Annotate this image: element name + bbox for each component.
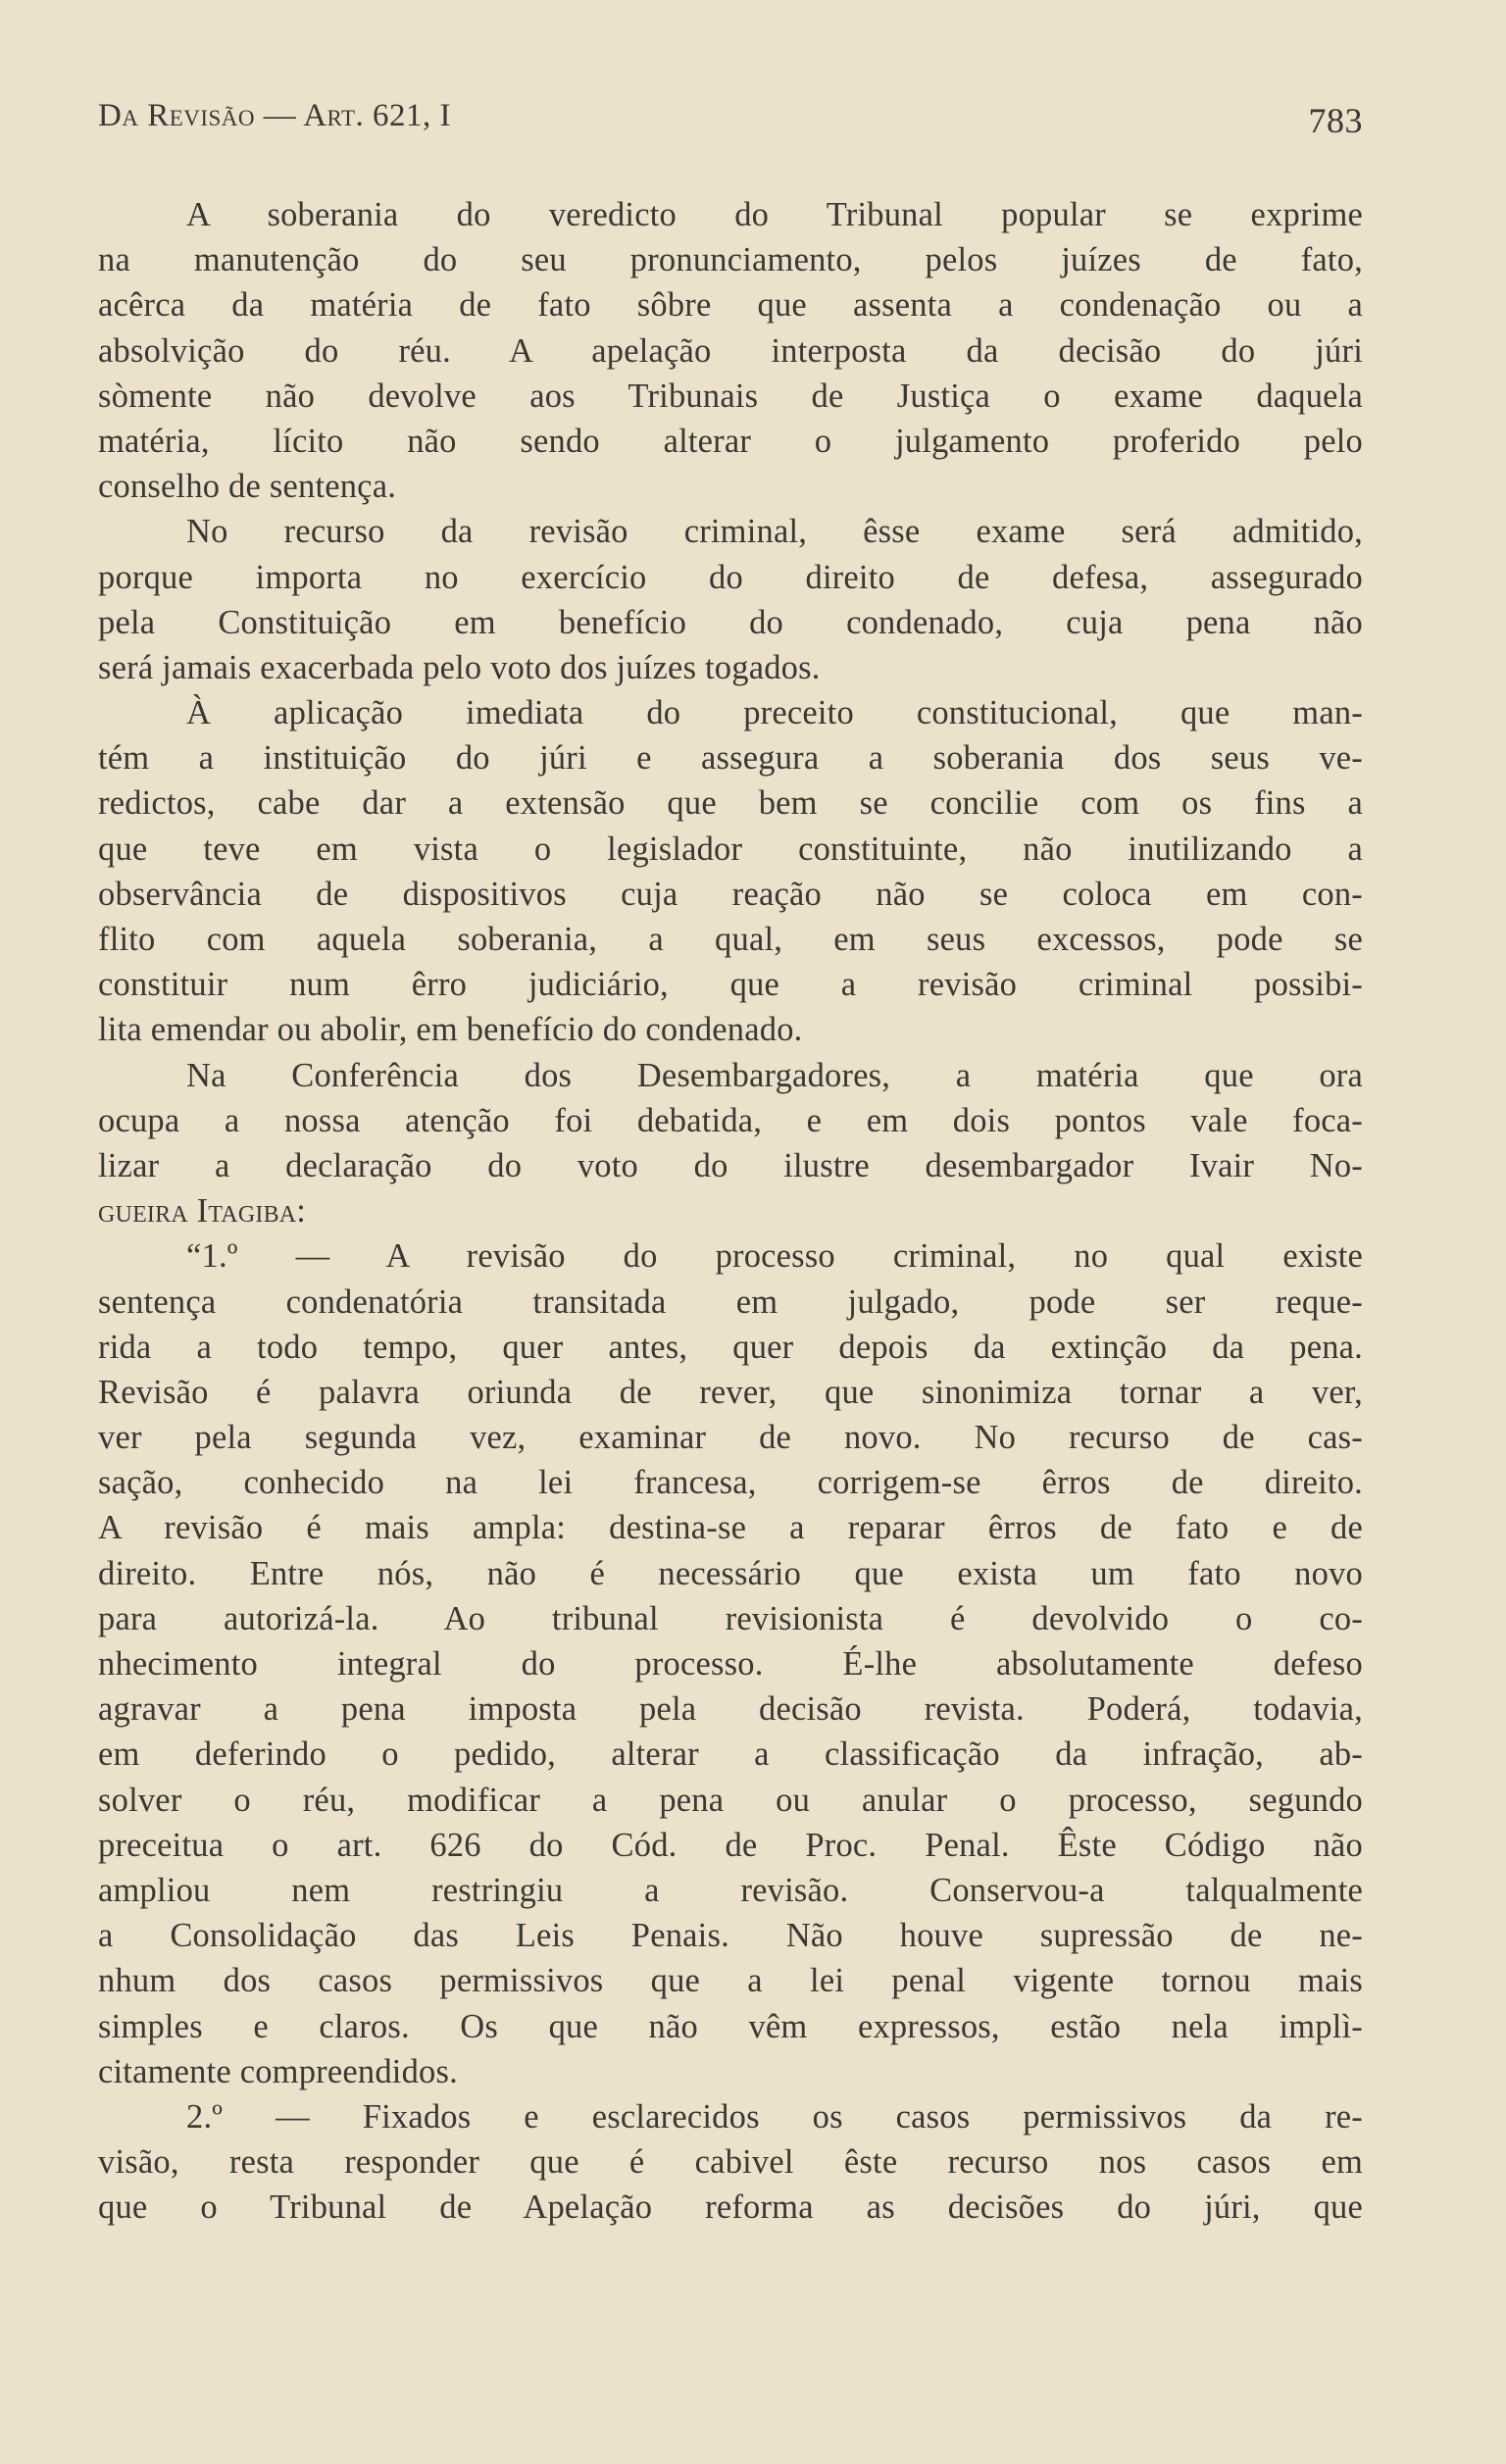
text-line: redictos, cabe dar a extensão que bem se…	[98, 780, 1363, 826]
text-line: gueira Itagiba:	[98, 1188, 1363, 1233]
text-line: sação, conhecido na lei francesa, corrig…	[98, 1460, 1363, 1505]
text-line: porque importa no exercício do direito d…	[98, 555, 1363, 600]
text-line: simples e claros. Os que não vêm express…	[98, 2004, 1363, 2049]
text-line: tém a instituição do júri e assegura a s…	[98, 735, 1363, 780]
text-line: absolvição do réu. A apelação interposta…	[98, 328, 1363, 374]
text-line: na manutenção do seu pronunciamento, pel…	[98, 237, 1363, 282]
text-line: observância de dispositivos cuja reação …	[98, 872, 1363, 917]
text-line: nhecimento integral do processo. É-lhe a…	[98, 1641, 1363, 1686]
text-line: citamente compreendidos.	[98, 2049, 1363, 2094]
text-line: que teve em vista o legislador constitui…	[98, 827, 1363, 872]
text-line: rida a todo tempo, quer antes, quer depo…	[98, 1325, 1363, 1370]
text-line: “1.º — A revisão do processo criminal, n…	[98, 1233, 1363, 1279]
text-line: Na Conferência dos Desembargadores, a ma…	[98, 1053, 1363, 1098]
page-number: 783	[1309, 100, 1364, 141]
text-line: ampliou nem restringiu a revisão. Conser…	[98, 1868, 1363, 1913]
text-line: nhum dos casos permissivos que a lei pen…	[98, 1958, 1363, 2003]
text-line: que o Tribunal de Apelação reforma as de…	[98, 2185, 1363, 2230]
paragraph: A soberania do veredicto do Tribunal pop…	[98, 192, 1363, 509]
text-line: visão, resta responder que é cabivel êst…	[98, 2139, 1363, 2185]
text-line: ver pela segunda vez, examinar de novo. …	[98, 1415, 1363, 1460]
book-page: Da Revisão — Art. 621, I 783 A soberania…	[98, 0, 1363, 2464]
text-line: constituir num êrro judiciário, que a re…	[98, 962, 1363, 1007]
running-head: Da Revisão — Art. 621, I 783	[98, 98, 1363, 147]
text-line: A soberania do veredicto do Tribunal pop…	[98, 192, 1363, 237]
paragraph: À aplicação imediata do preceito constit…	[98, 690, 1363, 1053]
text-line: a Consolidação das Leis Penais. Não houv…	[98, 1913, 1363, 1958]
text-line: agravar a pena imposta pela decisão revi…	[98, 1686, 1363, 1732]
body-text: A soberania do veredicto do Tribunal pop…	[98, 192, 1363, 2230]
text-line: A revisão é mais ampla: destina-se a rep…	[98, 1505, 1363, 1550]
paragraph: No recurso da revisão criminal, êsse exa…	[98, 509, 1363, 690]
paragraph: Na Conferência dos Desembargadores, a ma…	[98, 1053, 1363, 1234]
text-line: para autorizá-la. Ao tribunal revisionis…	[98, 1596, 1363, 1641]
text-line: preceitua o art. 626 do Cód. de Proc. Pe…	[98, 1823, 1363, 1868]
quoted-paragraph: 2.º — Fixados e esclarecidos os casos pe…	[98, 2094, 1363, 2231]
text-line: acêrca da matéria de fato sôbre que asse…	[98, 282, 1363, 327]
text-line: No recurso da revisão criminal, êsse exa…	[98, 509, 1363, 554]
text-line: lita emendar ou abolir, em benefício do …	[98, 1007, 1363, 1052]
text-line: solver o réu, modificar a pena ou anular…	[98, 1778, 1363, 1823]
text-line: À aplicação imediata do preceito constit…	[98, 690, 1363, 735]
text-line: sòmente não devolve aos Tribunais de Jus…	[98, 374, 1363, 419]
text-line: lizar a declaração do voto do ilustre de…	[98, 1143, 1363, 1188]
text-line: flito com aquela soberania, a qual, em s…	[98, 917, 1363, 962]
text-line: conselho de sentença.	[98, 464, 1363, 509]
text-line: em deferindo o pedido, alterar a classif…	[98, 1732, 1363, 1777]
text-line: sentença condenatória transitada em julg…	[98, 1280, 1363, 1325]
text-line: 2.º — Fixados e esclarecidos os casos pe…	[98, 2094, 1363, 2139]
running-head-title: Da Revisão — Art. 621, I	[98, 98, 451, 134]
text-line: ocupa a nossa atenção foi debatida, e em…	[98, 1098, 1363, 1143]
quoted-paragraph: “1.º — A revisão do processo criminal, n…	[98, 1233, 1363, 2094]
text-line: direito. Entre nós, não é necessário que…	[98, 1551, 1363, 1596]
text-line: será jamais exacerbada pelo voto dos juí…	[98, 645, 1363, 690]
text-line: pela Constituição em benefício do conden…	[98, 600, 1363, 645]
text-line: Revisão é palavra oriunda de rever, que …	[98, 1370, 1363, 1415]
text-line: matéria, lícito não sendo alterar o julg…	[98, 419, 1363, 464]
